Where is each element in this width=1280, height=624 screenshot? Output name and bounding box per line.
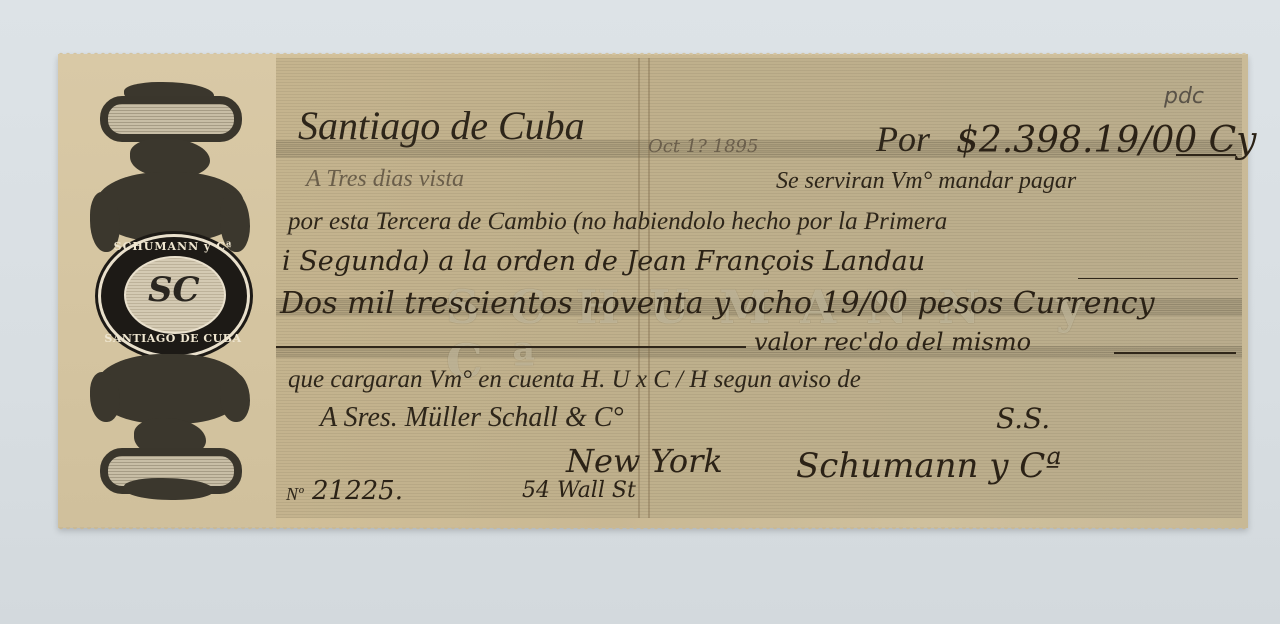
signature-initials: S.S. [996,402,1050,435]
instruction-line: Se serviran Vm° mandar pagar [776,168,1076,195]
value-received: valor rec'do del mismo [754,328,1031,356]
number-label: Nº [286,484,304,505]
pencil-note: pdc [1164,84,1204,109]
signature: Schumann y Cª [796,446,1061,486]
emblem-bottom-text: SANTIAGO DE CUBA [104,332,242,345]
drawee-address: 54 Wall St [522,478,636,503]
date: Oct 1? 1895 [648,136,758,157]
emblem-top-text: SCHUMANN y Cª [110,240,236,253]
payee-line: i Segunda) a la orden de Jean François L… [282,246,925,277]
charge-line: que cargaran Vm° en cuenta H. U x C / H … [288,366,861,394]
monogram: SC [148,270,200,310]
cheque-number: 21225. [312,476,403,506]
amount-label: Por [876,118,930,160]
copy-line: por esta Tercera de Cambio (no habiendol… [288,208,947,236]
bill-of-exchange: SCHUMANN y Cª SC SANTIAGO DE CUBA SCHUMA… [58,54,1248,528]
term-line: A Tres dias vista [306,166,464,193]
place: Santiago de Cuba [298,102,585,149]
drawee-name: A Sres. Müller Schall & C° [320,402,624,434]
amount-words: Dos mil trescientos noventa y ocho 19/00… [280,286,1155,321]
schumann-emblem: SCHUMANN y Cª SC SANTIAGO DE CUBA [90,82,250,506]
cheque-body: SCHUMANN y Cª pdc Santiago de Cuba Oct 1… [276,58,1242,518]
left-stub: SCHUMANN y Cª SC SANTIAGO DE CUBA [58,54,276,528]
drawee-city: New York [566,442,723,480]
